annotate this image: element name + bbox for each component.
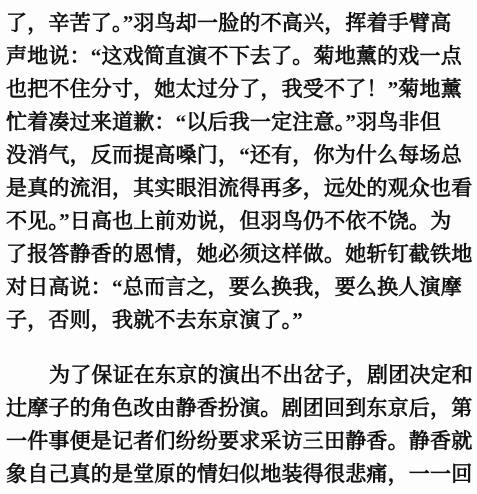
text-line: 忙着凑过来道歉：“以后我一定注意。”羽鸟非但 xyxy=(6,106,472,139)
paragraph-2: 为了保证在东京的演出不出岔子，剧团决定和 辻摩子的角色改由静香扮演。剧团回到东京… xyxy=(6,359,472,491)
text-line: 辻摩子的角色改由静香扮演。剧团回到东京后，第 xyxy=(6,392,472,425)
text-line: 也把不住分寸，她太过分了，我受不了！”菊地薰 xyxy=(6,73,472,106)
text-line: 为了保证在东京的演出不出岔子，剧团决定和 xyxy=(6,359,472,392)
text-line: 了报答静香的恩情，她必须这样做。她斩钉截铁地 xyxy=(6,238,472,271)
text-line: 一件事便是记者们纷纷要求采访三田静香。静香就 xyxy=(6,425,472,458)
text-line: 是真的流泪，其实眼泪流得再多，远处的观众也看 xyxy=(6,172,472,205)
text-line: 了，辛苦了。”羽鸟却一脸的不高兴，挥着手臂高 xyxy=(6,7,472,40)
text-line: 子，否则，我就不去东京演了。” xyxy=(6,304,472,337)
book-page: 了，辛苦了。”羽鸟却一脸的不高兴，挥着手臂高 声地说：“这戏简直演不下去了。菊地… xyxy=(0,0,477,494)
text-line: 不见。”日高也上前劝说，但羽鸟仍不依不饶。为 xyxy=(6,205,472,238)
text-line: 象自己真的是堂原的情妇似地装得很悲痛，一一回 xyxy=(6,458,472,491)
text-line: 没消气，反而提高嗓门，“还有，你为什么每场总 xyxy=(6,139,472,172)
text-line: 对日高说：“总而言之，要么换我，要么换人演摩 xyxy=(6,271,472,304)
paragraph-1: 了，辛苦了。”羽鸟却一脸的不高兴，挥着手臂高 声地说：“这戏简直演不下去了。菊地… xyxy=(6,7,472,337)
text-line: 声地说：“这戏简直演不下去了。菊地薰的戏一点 xyxy=(6,40,472,73)
